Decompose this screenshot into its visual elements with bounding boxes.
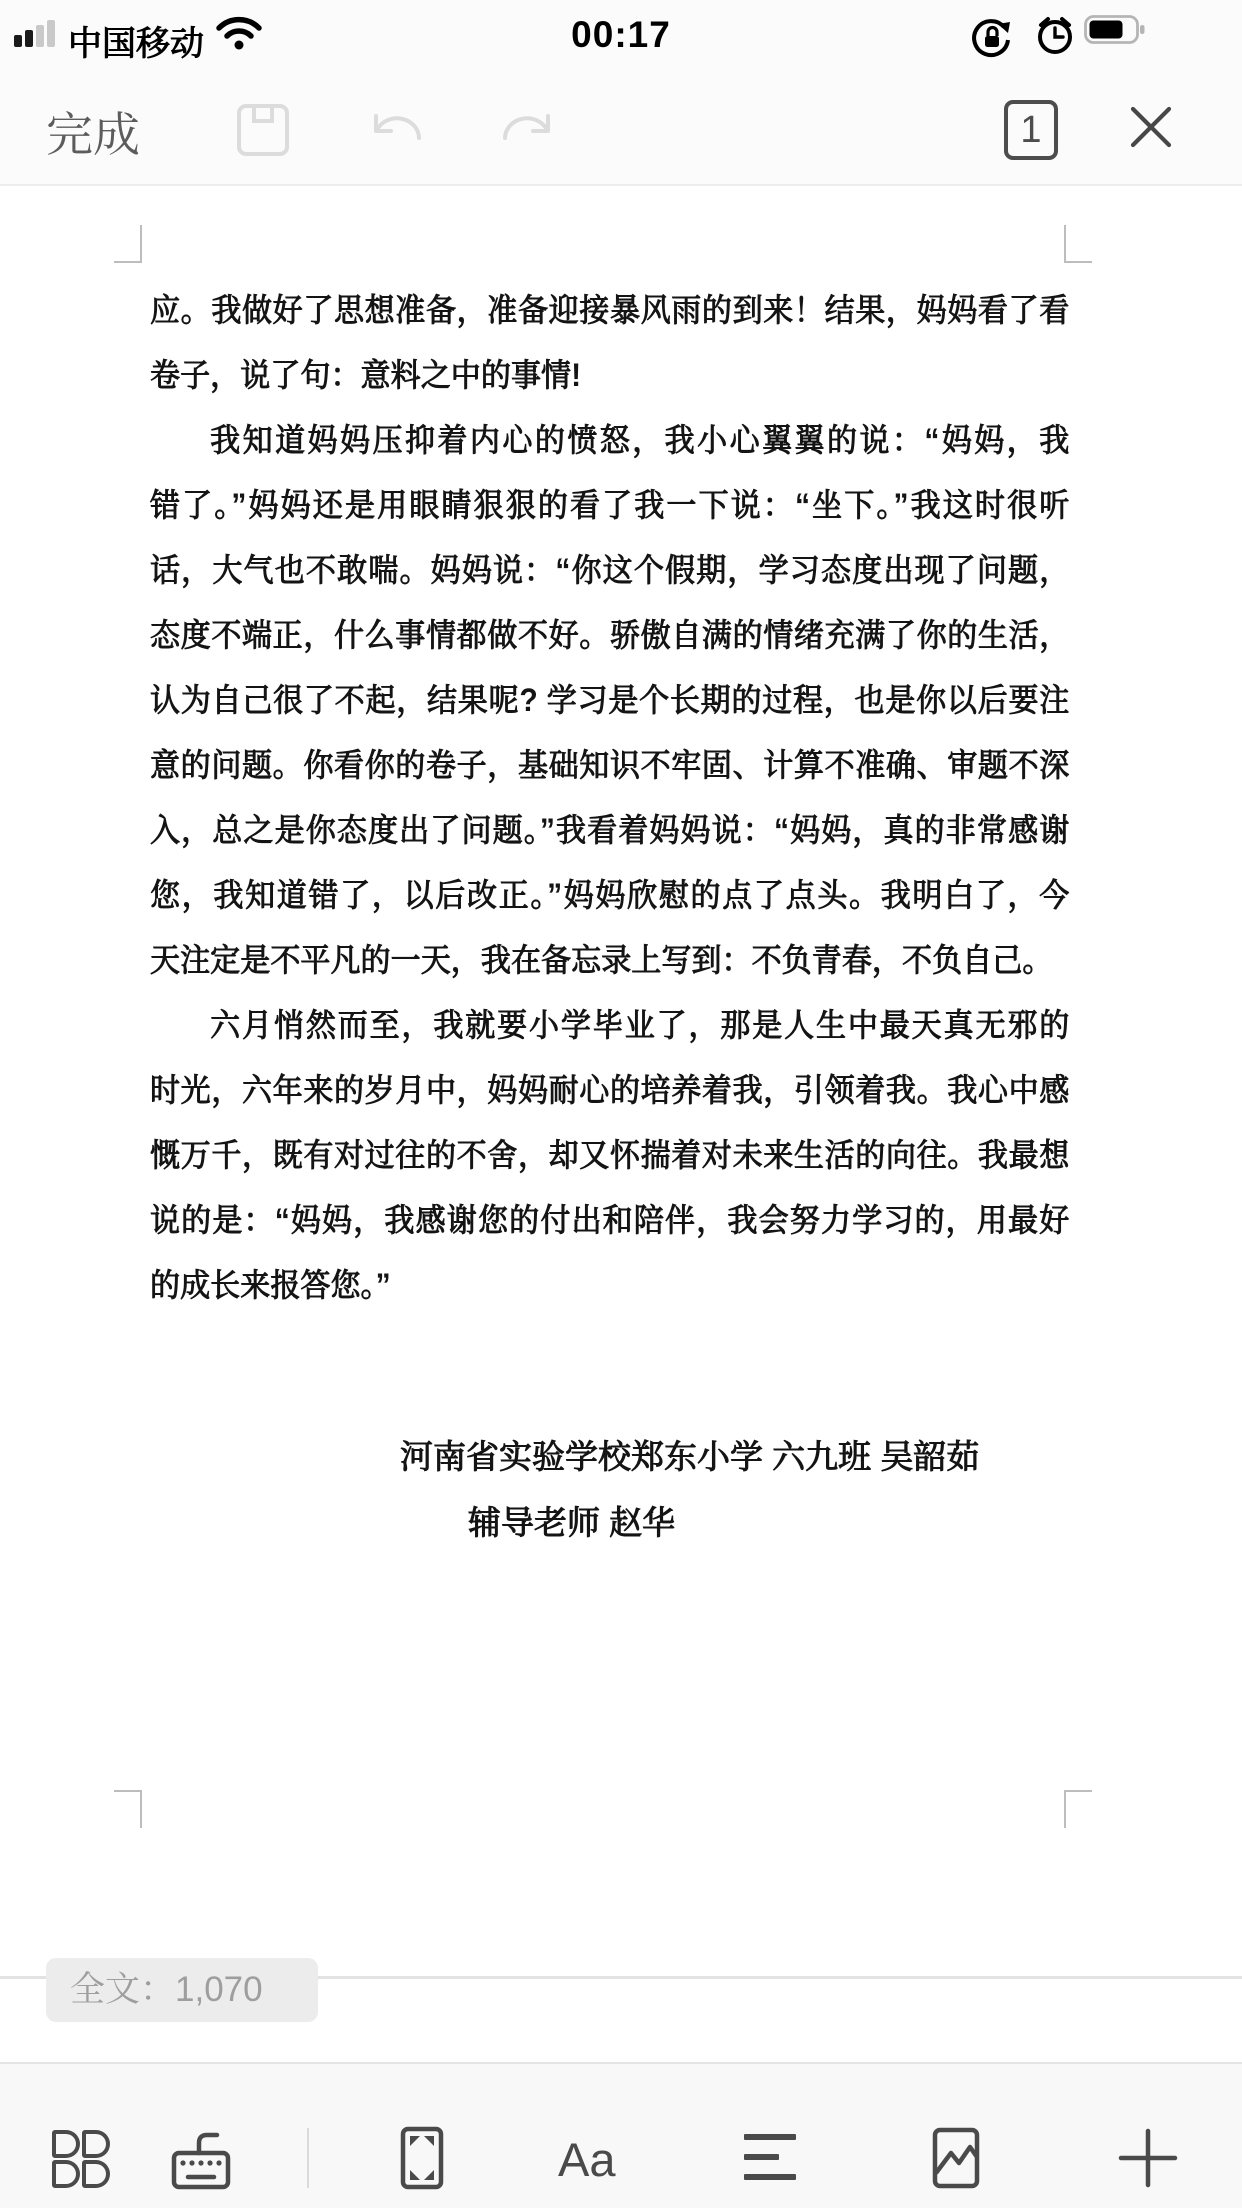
align-bar — [744, 2174, 796, 2180]
document-line: 意的问题。你看你的卷子，基础知识不牢固、计算不准确、审题不深 — [150, 733, 1069, 798]
document-line: 话，大气也不敢喘。妈妈说：“你这个假期，学习态度出现了问题， — [150, 538, 1069, 603]
paragraph-align-icon[interactable] — [744, 2134, 796, 2184]
tools-grid-quadrant — [82, 2130, 110, 2158]
plus-icon[interactable] — [1118, 2128, 1178, 2188]
document-page[interactable]: 应。我做好了思想准备，准备迎接暴风雨的到来！结果，妈妈看了看 卷子，说了句：意料… — [0, 186, 1242, 1976]
document-line: 您，我知道错了，以后改正。”妈妈欣慰的点了点头。我明白了，今 — [150, 863, 1069, 928]
alarm-icon — [1034, 14, 1076, 56]
close-icon[interactable] — [1126, 102, 1176, 152]
image-icon[interactable] — [924, 2126, 988, 2190]
document-line: 应。我做好了思想准备，准备迎接暴风雨的到来！结果，妈妈看了看 — [150, 278, 1069, 343]
document-line: 态度不端正，什么事情都做不好。骄傲自满的情绪充满了你的生活， — [150, 603, 1069, 668]
document-line: 我知道妈妈压抑着内心的愤怒，我小心翼翼的说：“妈妈，我 — [150, 408, 1069, 473]
tools-grid-icon[interactable] — [52, 2130, 110, 2188]
corner-mark-bottom-right — [1064, 1790, 1066, 1828]
save-floppy-icon[interactable] — [235, 102, 291, 158]
signature-line-teacher: 辅导老师 赵华 — [468, 1497, 675, 1544]
corner-mark-top-right — [1064, 225, 1066, 263]
document-body: 应。我做好了思想准备，准备迎接暴风雨的到来！结果，妈妈看了看 卷子，说了句：意料… — [150, 278, 1069, 1318]
page-indicator-badge[interactable]: 1 — [1004, 100, 1058, 160]
corner-mark-top-right — [1064, 261, 1092, 263]
document-line: 的成长来报答您。” — [150, 1253, 1069, 1318]
document-line: 认为自己很了不起，结果呢? 学习是个长期的过程，也是你以后要注 — [150, 668, 1069, 733]
align-bar — [744, 2134, 796, 2140]
word-count-badge: 全文：1,070 — [46, 1958, 318, 2022]
corner-mark-top-left — [140, 225, 142, 263]
corner-mark-top-left — [114, 261, 142, 263]
bottom-toolbar: Aa — [0, 2062, 1242, 2208]
document-line: 六月悄然而至，我就要小学毕业了，那是人生中最天真无邪的 — [150, 993, 1069, 1058]
keyboard-icon[interactable] — [168, 2126, 234, 2192]
document-line: 时光，六年来的岁月中，妈妈耐心的培养着我，引领着我。我心中感 — [150, 1058, 1069, 1123]
font-size-button[interactable]: Aa — [558, 2132, 616, 2187]
corner-mark-bottom-left — [114, 1790, 142, 1792]
document-line: 卷子，说了句：意料之中的事情! — [150, 343, 1069, 408]
document-line: 错了。”妈妈还是用眼睛狠狠的看了我一下说：“坐下。”我这时很听 — [150, 473, 1069, 538]
battery-icon — [1084, 15, 1146, 45]
redo-icon[interactable] — [496, 106, 556, 156]
corner-mark-bottom-right — [1064, 1790, 1092, 1792]
rotation-lock-icon — [968, 14, 1016, 62]
fit-page-icon[interactable] — [390, 2126, 454, 2190]
document-line: 慨万千，既有对过往的不舍，却又怀揣着对未来生活的向往。我最想 — [150, 1123, 1069, 1188]
undo-icon[interactable] — [368, 106, 428, 156]
corner-mark-bottom-left — [140, 1790, 142, 1828]
done-button[interactable]: 完成 — [46, 98, 140, 165]
header: 中国移动 00:17 — [0, 0, 1242, 186]
tools-grid-quadrant — [52, 2160, 80, 2188]
align-bar — [744, 2154, 779, 2160]
signature-line-school: 河南省实验学校郑东小学 六九班 吴韶茹 — [400, 1431, 979, 1478]
tools-grid-quadrant — [82, 2160, 110, 2188]
toolbar-divider — [307, 2128, 309, 2188]
status-bar: 中国移动 00:17 — [0, 0, 1242, 88]
document-line: 天注定是不平凡的一天，我在备忘录上写到：不负青春，不负自己。 — [150, 928, 1069, 993]
document-line: 说的是：“妈妈，我感谢您的付出和陪伴，我会努力学习的，用最好 — [150, 1188, 1069, 1253]
tools-grid-quadrant — [52, 2130, 80, 2158]
screen: 中国移动 00:17 — [0, 0, 1242, 2208]
document-line: 入，总之是你态度出了问题。”我看着妈妈说：“妈妈，真的非常感谢 — [150, 798, 1069, 863]
